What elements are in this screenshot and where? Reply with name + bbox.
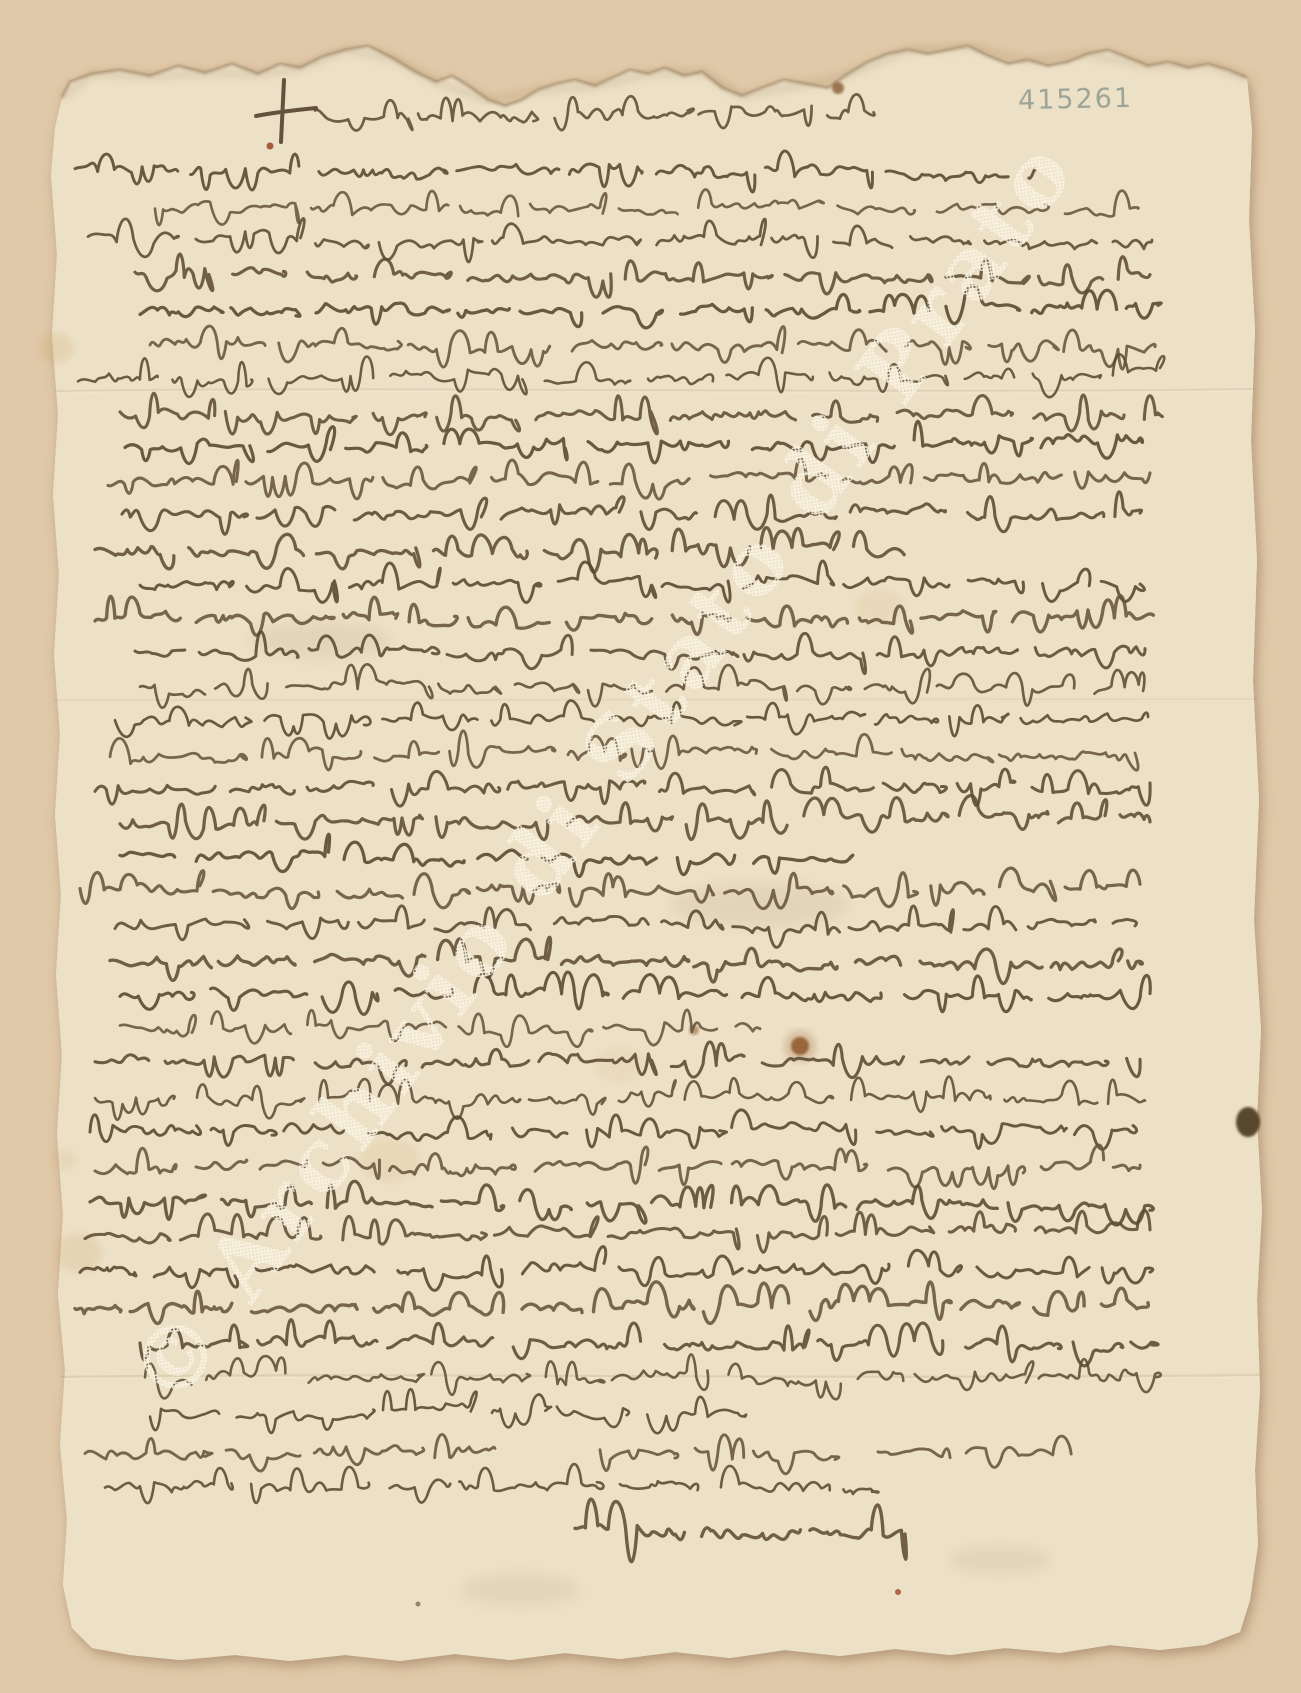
- red-speck: [267, 143, 274, 150]
- manuscript-page: [0, 0, 1301, 1693]
- red-speck: [895, 1589, 901, 1595]
- scan-background: 415261 © Archivio di Stato di Prato: [0, 0, 1301, 1693]
- ink-stain: [832, 82, 844, 94]
- ink-stain: [1236, 1107, 1260, 1137]
- ink-speck: [416, 1602, 421, 1607]
- foxing-stain: [51, 1149, 77, 1171]
- foxing-stain: [54, 1233, 102, 1273]
- foxing-stain: [38, 333, 74, 363]
- archival-number: 415261: [1018, 83, 1134, 116]
- paper-vignette: [51, 46, 1262, 1661]
- rust-stain: [791, 1037, 809, 1055]
